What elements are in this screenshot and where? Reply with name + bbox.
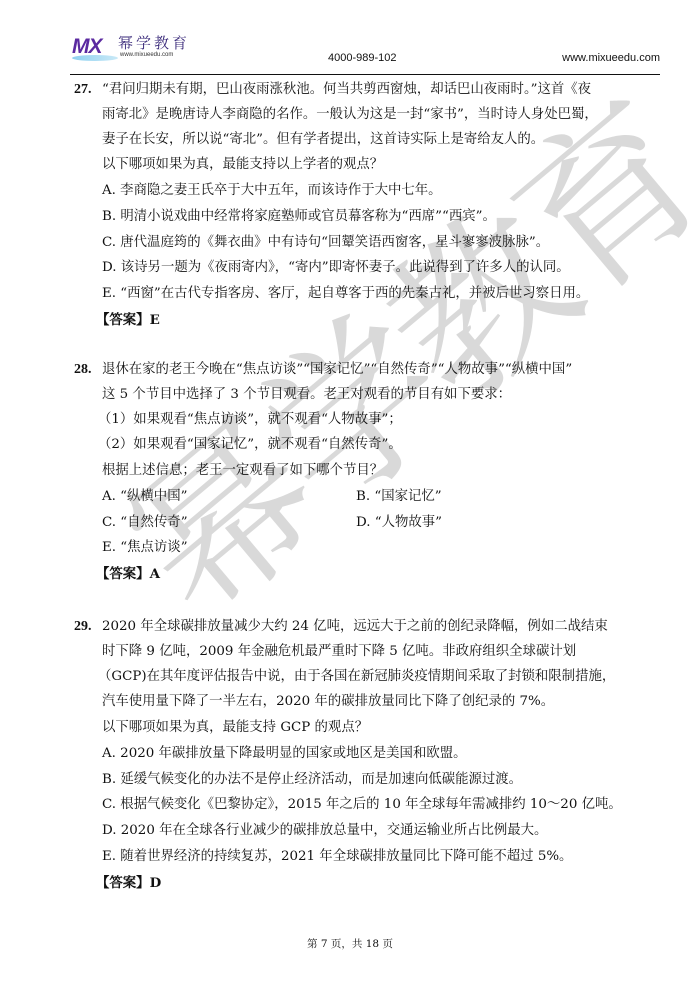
option-a: A. 2020 年碳排放量下降最明显的国家或地区是美国和欧盟。 bbox=[102, 744, 467, 764]
stem-prompt: 根据上述信息；老王一定观看了如下哪个节目？ bbox=[102, 461, 383, 481]
stem-line: （GCP)在其年度评估报告中说，由于各国在新冠肺炎疫情期间采取了封锁和限制措施， bbox=[98, 667, 615, 687]
option-e: E. “焦点访谈” bbox=[102, 538, 188, 558]
option-d: D. 2020 年在全球各行业减少的碳排放总量中，交通运输业所占比例最大。 bbox=[102, 821, 547, 841]
document-page: 幂学教育 MX 幂学教育 www.mixueedu.com 4000-989-1… bbox=[0, 0, 700, 992]
website-link[interactable]: www.mixueedu.com bbox=[562, 52, 660, 64]
option-b: B. 延缓气候变化的办法不是停止经济活动，而是加速向低碳能源过渡。 bbox=[102, 770, 522, 790]
page-header: MX 幂学教育 www.mixueedu.com 4000-989-102 ww… bbox=[70, 30, 660, 66]
question-number: 29. bbox=[74, 617, 92, 637]
answer-label: 【答案】 bbox=[96, 312, 150, 328]
answer-value: A bbox=[150, 566, 160, 582]
option-a: A. “纵横中国” bbox=[102, 487, 187, 507]
option-a: A. 李商隐之妻王氏卒于大中五年，而该诗作于大中七年。 bbox=[102, 181, 442, 201]
answer-label: 【答案】 bbox=[96, 566, 150, 582]
logo-book-wave-icon bbox=[72, 55, 118, 61]
answer: 【答案】E bbox=[96, 310, 160, 330]
option-d: D. “人物故事” bbox=[356, 513, 442, 533]
option-d: D. 该诗另一题为《夜雨寄内》，“寄内”即寄怀妻子。此说得到了许多人的认同。 bbox=[102, 258, 570, 278]
stem-line: 汽车使用量下降了一半左右，2020 年的碳排放量同比下降了创纪录的 7%。 bbox=[102, 692, 554, 712]
option-c: C. “自然传奇” bbox=[102, 513, 188, 533]
stem-prompt: 以下哪项如果为真，最能支持 GCP 的观点？ bbox=[102, 718, 368, 738]
answer: 【答案】A bbox=[96, 564, 160, 584]
stem-line: 雨寄北》是晚唐诗人李商隐的名作。一般认为这是一封“家书”，当时诗人身处巴蜀， bbox=[102, 105, 598, 125]
brand-name: 幂学教育 bbox=[118, 32, 190, 53]
page-footer: 第 7 页，共 18 页 bbox=[0, 936, 700, 951]
condition-1: （1）如果观看“焦点访谈”，就不观看“人物故事”； bbox=[98, 410, 402, 430]
header-divider bbox=[70, 74, 660, 75]
stem-line: 妻子在长安，所以说“寄北”。但有学者提出，这首诗实际上是寄给友人的。 bbox=[102, 130, 544, 150]
option-b: B. 明清小说戏曲中经常将家庭塾师或官员幕客称为“西席”“西宾”。 bbox=[102, 207, 496, 227]
phone-number: 4000-989-102 bbox=[328, 52, 397, 64]
question-number: 27. bbox=[74, 80, 92, 100]
stem-line: 退休在家的老王今晚在“焦点访谈”“国家记忆”“自然传奇”“人物故事”“纵横中国” bbox=[102, 360, 572, 380]
option-e: E. 随着世界经济的持续复苏，2021 年全球碳排放量同比下降可能不超过 5%。 bbox=[102, 847, 572, 867]
condition-2: （2）如果观看“国家记忆”，就不观看“自然传奇”。 bbox=[98, 435, 402, 455]
stem-line: “君问归期未有期，巴山夜雨涨秋池。何当共剪西窗烛，却话巴山夜雨时。”这首《夜 bbox=[102, 80, 591, 100]
page-number: 第 7 页，共 18 页 bbox=[307, 938, 393, 950]
brand-url: www.mixueedu.com bbox=[120, 52, 173, 58]
stem-line: 时下降 9 亿吨，2009 年金融危机最严重时下降 5 亿吨。非政府组织全球碳计… bbox=[102, 642, 576, 662]
question-number: 28. bbox=[74, 360, 92, 380]
stem-line: 2020 年全球碳排放量减少大约 24 亿吨，远远大于之前的创纪录降幅，例如二战… bbox=[102, 617, 608, 637]
answer-value: D bbox=[150, 875, 162, 891]
answer: 【答案】D bbox=[96, 873, 161, 893]
stem-prompt: 以下哪项如果为真，最能支持以上学者的观点？ bbox=[102, 155, 383, 175]
option-e: E. “西窗”在古代专指客房、客厅，起自尊客于西的先秦古礼，并被后世习察日用。 bbox=[102, 284, 589, 304]
option-c: C. 唐代温庭筠的《舞衣曲》中有诗句“回颦笑语西窗客，星斗寥寥波脉脉”。 bbox=[102, 233, 549, 253]
option-b: B. “国家记忆” bbox=[356, 487, 442, 507]
answer-label: 【答案】 bbox=[96, 875, 150, 891]
answer-value: E bbox=[150, 312, 160, 328]
option-c: C. 根据气候变化《巴黎协定》，2015 年之后的 10 年全球每年需减排约 1… bbox=[102, 795, 622, 815]
stem-line: 这 5 个节目中选择了 3 个节目观看。老王对观看的节目有如下要求： bbox=[102, 385, 511, 405]
